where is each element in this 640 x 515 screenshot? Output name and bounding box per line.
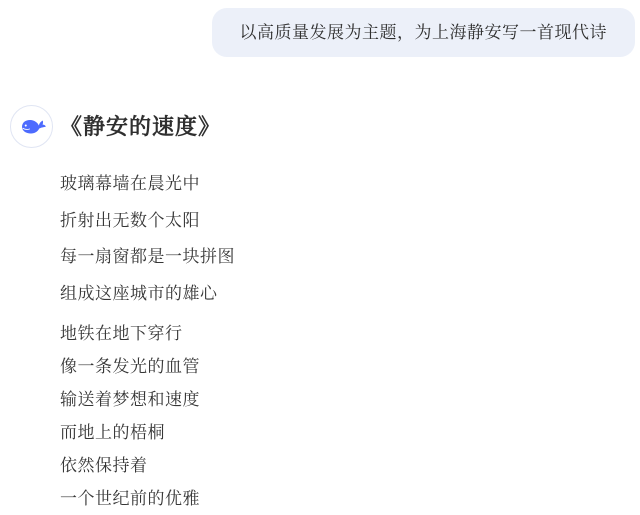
poem-line: 折射出无数个太阳 — [60, 203, 630, 240]
poem-line: 组成这座城市的雄心 — [60, 276, 630, 313]
assistant-avatar — [10, 105, 53, 148]
assistant-message-content: 《静安的速度》 玻璃幕墙在晨光中折射出无数个太阳每一扇窗都是一块拼图组成这座城市… — [60, 105, 630, 515]
user-message-row: 以高质量发展为主题，为上海静安写一首现代诗 — [212, 8, 636, 57]
poem-line: 一个世纪前的优雅 — [60, 482, 630, 515]
deepseek-whale-icon — [17, 112, 47, 142]
poem: 玻璃幕墙在晨光中折射出无数个太阳每一扇窗都是一块拼图组成这座城市的雄心地铁在地下… — [60, 166, 630, 515]
poem-line: 输送着梦想和速度 — [60, 383, 630, 416]
poem-line: 而地上的梧桐 — [60, 416, 630, 449]
poem-line: 每一扇窗都是一块拼图 — [60, 239, 630, 276]
poem-stanza: 地铁在地下穿行像一条发光的血管输送着梦想和速度而地上的梧桐依然保持着一个世纪前的… — [60, 317, 630, 515]
poem-line: 像一条发光的血管 — [60, 350, 630, 383]
poem-line: 地铁在地下穿行 — [60, 317, 630, 350]
poem-title: 《静安的速度》 — [60, 105, 630, 148]
assistant-message-row: 《静安的速度》 玻璃幕墙在晨光中折射出无数个太阳每一扇窗都是一块拼图组成这座城市… — [10, 105, 630, 515]
poem-line: 玻璃幕墙在晨光中 — [60, 166, 630, 203]
poem-line: 依然保持着 — [60, 449, 630, 482]
user-message-bubble: 以高质量发展为主题，为上海静安写一首现代诗 — [212, 8, 636, 57]
chat-conversation: 以高质量发展为主题，为上海静安写一首现代诗 《静安的速度》 玻璃幕墙在晨光中折射… — [0, 0, 640, 515]
poem-stanza: 玻璃幕墙在晨光中折射出无数个太阳每一扇窗都是一块拼图组成这座城市的雄心 — [60, 166, 630, 312]
